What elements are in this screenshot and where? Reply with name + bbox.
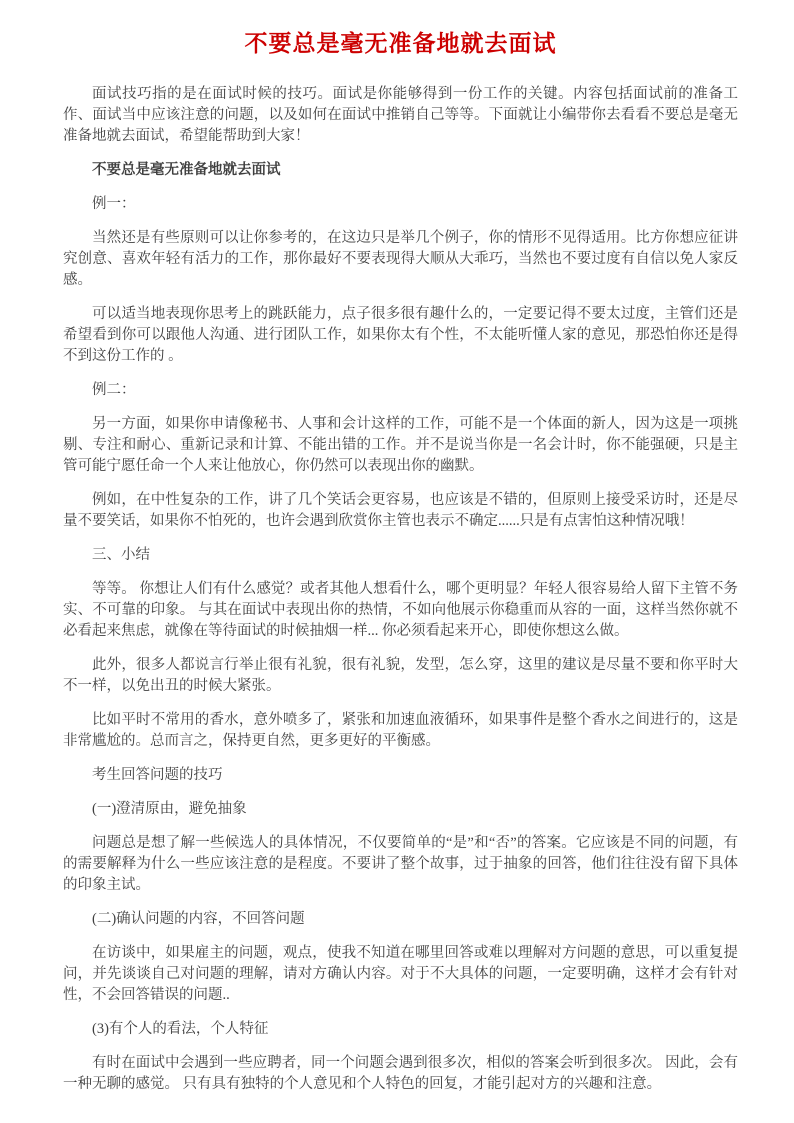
paragraph: 可以适当地表现你思考上的跳跃能力，点子很多很有趣什么的，一定要记得不要太过度，主…	[63, 304, 738, 367]
document-body: 面试技巧指的是在面试时候的技巧。面试是你能够得到一份工作的关键。内容包括面试前的…	[63, 84, 738, 1095]
paragraph: 问题总是想了解一些候选人的具体情况，不仅要简单的“是”和“否”的答案。它应该是不…	[63, 833, 738, 896]
paragraph: (一)澄清原由，避免抽象	[63, 799, 738, 820]
paragraph: (二)确认问题的内容，不回答问题	[63, 909, 738, 930]
paragraph: 三、小结	[63, 545, 738, 566]
paragraph: 比如平时不常用的香水，意外喷多了，紧张和加速血液循环，如果事件是整个香水之间进行…	[63, 710, 738, 752]
document-page: 不要总是毫无准备地就去面试 面试技巧指的是在面试时候的技巧。面试是你能够得到一份…	[0, 0, 794, 1123]
paragraph: 面试技巧指的是在面试时候的技巧。面试是你能够得到一份工作的关键。内容包括面试前的…	[63, 84, 738, 147]
paragraph: (3)有个人的看法，个人特征	[63, 1019, 738, 1040]
section-heading: 不要总是毫无准备地就去面试	[63, 160, 738, 181]
paragraph: 考生回答问题的技巧	[63, 765, 738, 786]
paragraph: 例如，在中性复杂的工作，讲了几个笑话会更容易，也应该是不错的，但原则上接受采访时…	[63, 490, 738, 532]
page-title: 不要总是毫无准备地就去面试	[63, 28, 738, 60]
paragraph: 例一：	[63, 194, 738, 215]
paragraph: 例二：	[63, 380, 738, 401]
paragraph: 此外，很多人都说言行举止很有礼貌，很有礼貌，发型，怎么穿，这里的建议是尽量不要和…	[63, 655, 738, 697]
paragraph: 另一方面，如果你申请像秘书、人事和会计这样的工作，可能不是一个体面的新人，因为这…	[63, 414, 738, 477]
paragraph: 等等。 你想让人们有什么感觉？或者其他人想看什么，哪个更明显？年轻人很容易给人留…	[63, 579, 738, 642]
paragraph: 当然还是有些原则可以让你参考的，在这边只是举几个例子，你的情形不见得适用。比方你…	[63, 228, 738, 291]
paragraph: 有时在面试中会遇到一些应聘者，同一个问题会遇到很多次，相似的答案会听到很多次。 …	[63, 1053, 738, 1095]
paragraph: 在访谈中，如果雇主的问题，观点，使我不知道在哪里回答或难以理解对方问题的意思，可…	[63, 943, 738, 1006]
